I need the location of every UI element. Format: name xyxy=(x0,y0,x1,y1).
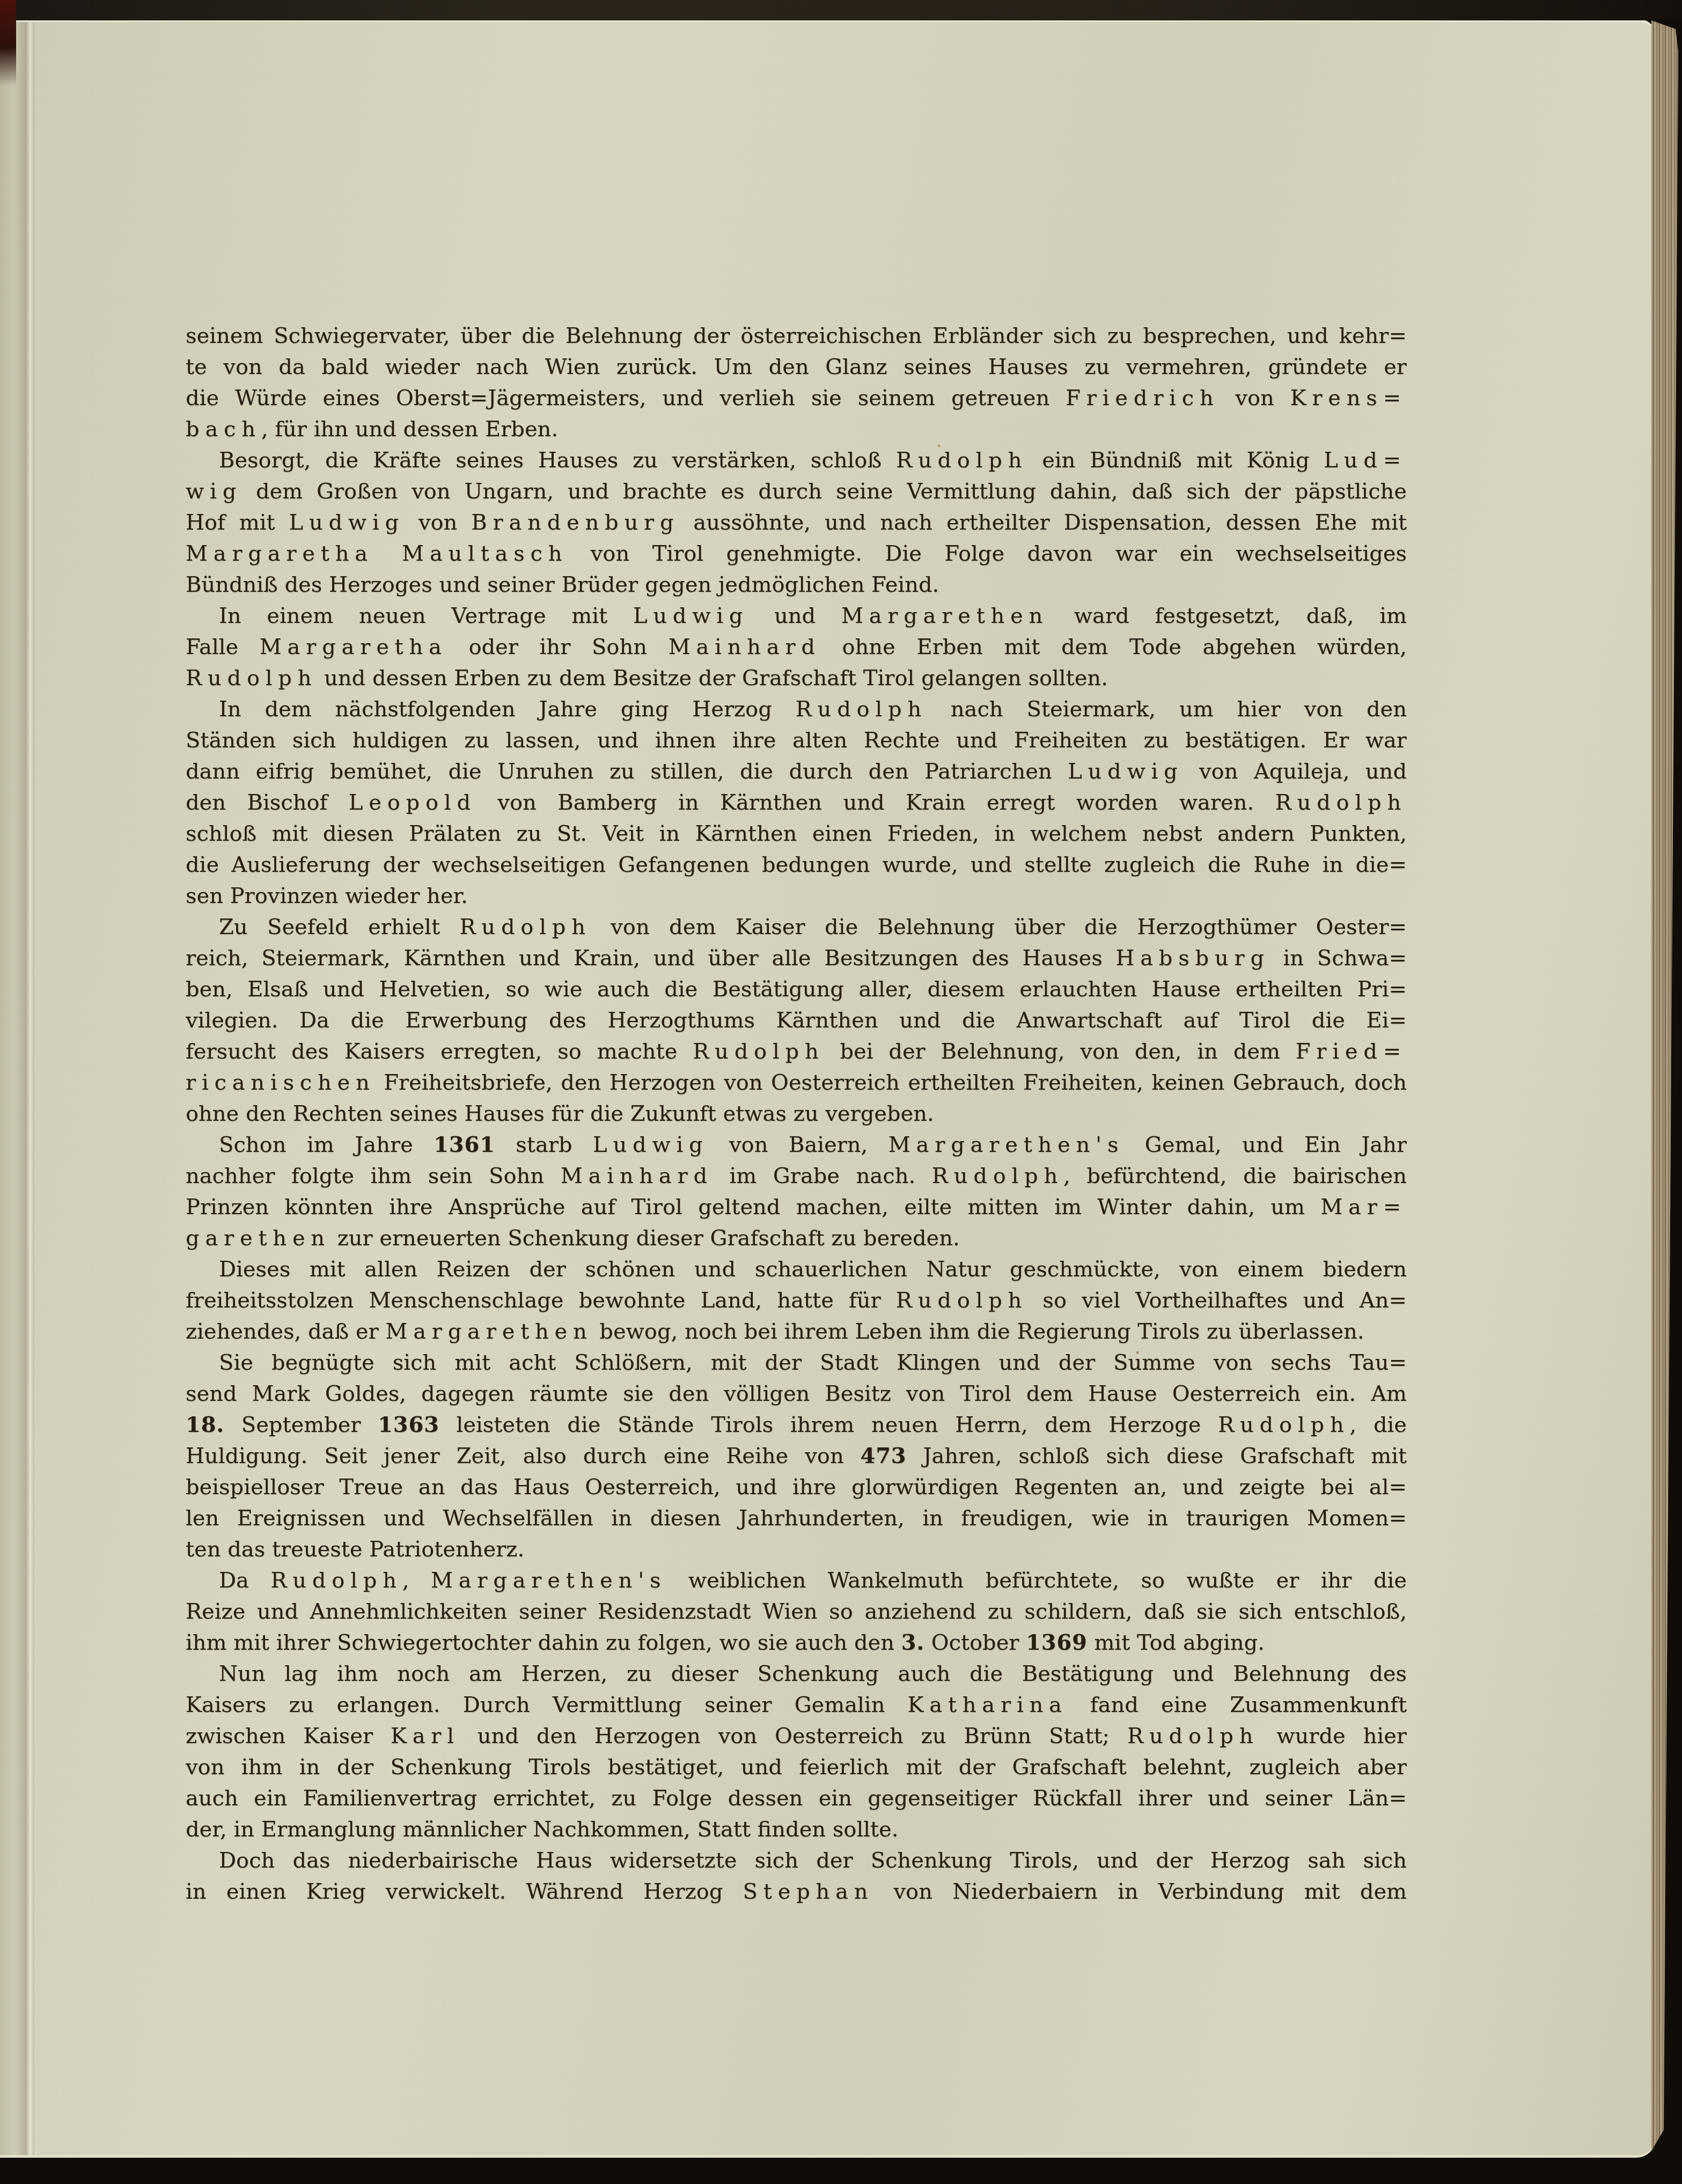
letterspaced-name-text: bach xyxy=(186,417,261,442)
letterspaced-name-text: Rudolph xyxy=(270,1568,402,1593)
text-line: bach, für ihn und dessen Erben. xyxy=(186,414,1407,445)
letterspaced-name-text: Rudolph xyxy=(459,915,591,939)
text-line: den Bischof Leopold von Bamberg in Kärnt… xyxy=(186,787,1407,818)
body-text: von Niederbaiern in Verbindung mit dem xyxy=(873,1879,1407,1904)
body-text: Zu Seefeld erhielt xyxy=(219,915,459,939)
text-line: In dem nächstfolgenden Jahre ging Herzog… xyxy=(186,694,1407,725)
body-text: fand eine Zusammenkunft xyxy=(1068,1693,1407,1717)
letterspaced-name-text: Margaretha xyxy=(260,635,447,659)
letterspaced-name-text: Rudolph xyxy=(1218,1413,1349,1437)
text-line: In einem neuen Vertrage mit Ludwig und M… xyxy=(186,600,1407,631)
paragraph: Besorgt, die Kräfte seines Hauses zu ver… xyxy=(186,445,1407,600)
body-text: Jahren, schloß sich diese Grafschaft mit xyxy=(907,1444,1407,1468)
body-text: von Bamberg in Kärnthen und Krain erregt… xyxy=(476,790,1275,815)
letterspaced-name-text: Ludwig xyxy=(633,604,748,628)
letterspaced-name-text: Brandenburg xyxy=(471,510,679,535)
text-line: Hof mit Ludwig von Brandenburg aussöhnte… xyxy=(186,507,1407,538)
text-line: Ständen sich huldigen zu lassen, und ihn… xyxy=(186,725,1407,756)
text-line: ben, Elsaß und Helvetien, so wie auch di… xyxy=(186,974,1407,1005)
text-line: ziehendes, daß er Margarethen bewog, noc… xyxy=(186,1316,1407,1347)
body-text: ein Bündniß mit König xyxy=(1027,448,1324,473)
body-text: Kaisers zu erlangen. Durch Vermittlung s… xyxy=(186,1693,908,1717)
text-line: der, in Ermanglung männlicher Nachkommen… xyxy=(186,1814,1407,1845)
letterspaced-name-text: Rudolph xyxy=(896,1288,1027,1313)
body-text: von Tirol genehmigte. Die Folge davon wa… xyxy=(568,541,1407,566)
body-text: Reize und Annehmlichkeiten seiner Reside… xyxy=(186,1599,1407,1624)
body-text: vilegien. Da die Erwerbung des Herzogthu… xyxy=(186,1008,1407,1033)
letterspaced-name-text: Mainhard xyxy=(669,635,821,659)
text-line: dann eifrig bemühet, die Unruhen zu stil… xyxy=(186,756,1407,787)
bold-numeral-text: 1363 xyxy=(378,1412,439,1437)
letterspaced-name-text: Rudolph xyxy=(896,448,1027,473)
body-text: Huldigung. Seit jener Zeit, also durch e… xyxy=(186,1444,861,1468)
letterspaced-name-text: Margarethen's xyxy=(888,1133,1124,1157)
body-text: auch ein Familienvertrag errichtet, zu F… xyxy=(186,1786,1407,1811)
scan-dark-edge-top xyxy=(0,0,1682,20)
bold-numeral-text: 3. xyxy=(901,1630,924,1655)
body-text: leisteten die Stände Tirols ihrem neuen … xyxy=(439,1413,1218,1437)
text-line: auch ein Familienvertrag errichtet, zu F… xyxy=(186,1783,1407,1814)
letterspaced-name-text: Ludwig xyxy=(289,510,405,535)
body-text: von xyxy=(405,510,471,535)
body-text: mit Tod abging. xyxy=(1088,1630,1265,1655)
letterspaced-name-text: Ludwig xyxy=(1068,759,1183,784)
text-line: fersucht des Kaisers erregten, so machte… xyxy=(186,1036,1407,1067)
body-text: von ihm in der Schenkung Tirols bestätig… xyxy=(186,1755,1407,1779)
body-text: Prinzen könnten ihre Ansprüche auf Tirol… xyxy=(186,1195,1320,1219)
body-text: , die xyxy=(1349,1413,1407,1437)
text-line: Nun lag ihm noch am Herzen, zu dieser Sc… xyxy=(186,1658,1407,1689)
text-line: garethen zur erneuerten Schenkung dieser… xyxy=(186,1223,1407,1254)
letterspaced-name-text: Habsburg xyxy=(1116,946,1270,970)
letterspaced-name-text: Mar= xyxy=(1320,1195,1407,1219)
body-text: fersucht des Kaisers erregten, so machte xyxy=(186,1039,693,1064)
body-text: dann eifrig bemühet, die Unruhen zu stil… xyxy=(186,759,1068,784)
bold-numeral-text: 1361 xyxy=(434,1132,495,1157)
body-text: der, in Ermanglung männlicher Nachkommen… xyxy=(186,1817,898,1842)
bold-numeral-text: 18. xyxy=(186,1412,224,1437)
body-text: beispielloser Treue an das Haus Oesterre… xyxy=(186,1475,1407,1499)
body-text: Doch das niederbairische Haus widersetzt… xyxy=(219,1848,1407,1873)
text-line: die Würde eines Oberst=Jägermeisters, un… xyxy=(186,383,1407,414)
text-line: te von da bald wieder nach Wien zurück. … xyxy=(186,351,1407,383)
body-text: Ständen sich huldigen zu lassen, und ihn… xyxy=(186,728,1407,753)
body-text: September xyxy=(224,1413,378,1437)
body-text: Besorgt, die Kräfte seines Hauses zu ver… xyxy=(219,448,896,473)
body-text: von Baiern, xyxy=(708,1133,888,1157)
scan-root: { "scan": { "background_color": "#100d08… xyxy=(0,0,1682,2184)
text-line: zwischen Kaiser Karl und den Herzogen vo… xyxy=(186,1720,1407,1752)
body-text: in Schwa= xyxy=(1270,946,1407,970)
body-text: im Grabe nach. xyxy=(713,1164,932,1188)
text-line: 18. September 1363 leisteten die Stände … xyxy=(186,1409,1407,1440)
body-text: den Bischof xyxy=(186,790,349,815)
body-text: oder ihr Sohn xyxy=(447,635,669,659)
letterspaced-name-text: Rudolph xyxy=(796,697,927,722)
body-text: In dem nächstfolgenden Jahre ging Herzog xyxy=(219,697,796,722)
text-line: Besorgt, die Kräfte seines Hauses zu ver… xyxy=(186,445,1407,476)
body-text: zwischen Kaiser xyxy=(186,1724,391,1748)
letterspaced-name-text: ricanischen xyxy=(186,1070,376,1095)
text-line: Schon im Jahre 1361 starb Ludwig von Bai… xyxy=(186,1129,1407,1160)
text-line: send Mark Goldes, dagegen räumte sie den… xyxy=(186,1378,1407,1409)
body-text: so viel Vortheilhaftes und An= xyxy=(1027,1288,1407,1313)
letterspaced-name-text: Krens= xyxy=(1290,386,1407,410)
text-line: sen Provinzen wieder her. xyxy=(186,880,1407,911)
text-line: ihm mit ihrer Schwiegertochter dahin zu … xyxy=(186,1627,1407,1658)
text-line: wig dem Großen von Ungarn, und brachte e… xyxy=(186,476,1407,507)
paragraph: Doch das niederbairische Haus widersetzt… xyxy=(186,1845,1407,1907)
text-line: beispielloser Treue an das Haus Oesterre… xyxy=(186,1472,1407,1503)
text-line: Rudolph und dessen Erben zu dem Besitze … xyxy=(186,663,1407,694)
body-text: ten das treueste Patriotenherz. xyxy=(186,1537,524,1562)
body-text: , für ihn und dessen Erben. xyxy=(261,417,558,442)
text-line: reich, Steiermark, Kärnthen und Krain, u… xyxy=(186,943,1407,974)
bold-numeral-text: 1369 xyxy=(1026,1630,1088,1655)
text-line: nachher folgte ihm sein Sohn Mainhard im… xyxy=(186,1160,1407,1192)
text-line: Sie begnügte sich mit acht Schlößern, mi… xyxy=(186,1347,1407,1378)
letterspaced-name-text: Karl xyxy=(391,1724,460,1748)
body-text: weiblichen Wankelmuth befürchtete, so wu… xyxy=(666,1568,1407,1593)
paragraph: Nun lag ihm noch am Herzen, zu dieser Sc… xyxy=(186,1658,1407,1845)
letterspaced-name-text: Rudolph xyxy=(186,666,317,690)
text-line: Margaretha Maultasch von Tirol genehmigt… xyxy=(186,538,1407,569)
body-text: Nun lag ihm noch am Herzen, zu dieser Sc… xyxy=(219,1661,1407,1686)
body-text: ihm mit ihrer Schwiegertochter dahin zu … xyxy=(186,1630,901,1655)
text-line: vilegien. Da die Erwerbung des Herzogthu… xyxy=(186,1005,1407,1036)
body-text: schloß mit diesen Prälaten zu St. Veit i… xyxy=(186,821,1407,846)
body-text: October xyxy=(924,1630,1026,1655)
letterspaced-name-text: Rudolph xyxy=(693,1039,824,1064)
body-text: freiheitsstolzen Menschenschlage bewohnt… xyxy=(186,1288,896,1313)
body-text: seinem Schwiegervater, über die Belehnun… xyxy=(186,323,1407,348)
body-text: bewog, noch bei ihrem Leben ihm die Regi… xyxy=(593,1319,1364,1344)
body-text: In einem neuen Vertrage mit xyxy=(219,604,633,628)
text-line: Reize und Annehmlichkeiten seiner Reside… xyxy=(186,1596,1407,1627)
text-line: freiheitsstolzen Menschenschlage bewohnt… xyxy=(186,1285,1407,1316)
letterspaced-name-text: Mainhard xyxy=(561,1164,713,1188)
body-text: Da xyxy=(219,1568,270,1593)
body-text: von Aquileja, und xyxy=(1184,759,1407,784)
body-text: nachher folgte ihm sein Sohn xyxy=(186,1164,561,1188)
letterspaced-name-text: garethen xyxy=(186,1226,330,1251)
body-text: Bündniß des Herzoges und seiner Brüder g… xyxy=(186,572,939,597)
paragraph: In dem nächstfolgenden Jahre ging Herzog… xyxy=(186,694,1407,911)
letterspaced-name-text: Rudolph xyxy=(1127,1724,1259,1748)
body-text: die Würde eines Oberst=Jägermeisters, un… xyxy=(186,386,1066,410)
text-line: seinem Schwiegervater, über die Belehnun… xyxy=(186,320,1407,351)
body-text: in einen Krieg verwickelt. Während Herzo… xyxy=(186,1879,743,1904)
body-text: aussöhnte, und nach ertheilter Dispensat… xyxy=(679,510,1407,535)
text-line: Doch das niederbairische Haus widersetzt… xyxy=(186,1845,1407,1876)
letterspaced-name-text: Rudolph xyxy=(1275,790,1407,815)
text-line: Dieses mit allen Reizen der schönen und … xyxy=(186,1254,1407,1285)
body-text: Freiheitsbriefe, den Herzogen von Oester… xyxy=(376,1070,1407,1095)
paragraph: seinem Schwiegervater, über die Belehnun… xyxy=(186,320,1407,445)
body-text: Falle xyxy=(186,635,260,659)
paragraph: Sie begnügte sich mit acht Schlößern, mi… xyxy=(186,1347,1407,1565)
page-text-block: seinem Schwiegervater, über die Belehnun… xyxy=(186,320,1407,1907)
body-text: , xyxy=(402,1568,431,1593)
body-text: und xyxy=(748,604,841,628)
gutter-fold-crease xyxy=(0,22,34,2155)
body-text: Sie begnügte sich mit acht Schlößern, mi… xyxy=(219,1350,1407,1375)
page-edge-stack xyxy=(1651,20,1678,2151)
letterspaced-name-text: wig xyxy=(186,479,242,504)
paragraph: Zu Seefeld erhielt Rudolph von dem Kaise… xyxy=(186,911,1407,1129)
paragraph: Dieses mit allen Reizen der schönen und … xyxy=(186,1254,1407,1347)
body-text: wurde hier xyxy=(1259,1724,1407,1748)
body-text: von dem Kaiser die Belehnung über die He… xyxy=(591,915,1407,939)
body-text: ward festgesetzt, daß, im xyxy=(1048,604,1407,628)
text-line: die Auslieferung der wechselseitigen Gef… xyxy=(186,849,1407,880)
letterspaced-name-text: Ludwig xyxy=(593,1133,708,1157)
letterspaced-name-text: Rudolph xyxy=(932,1164,1063,1188)
text-line: ohne den Rechten seines Hauses für die Z… xyxy=(186,1098,1407,1129)
letterspaced-name-text: Friedrich xyxy=(1066,386,1219,410)
body-text: reich, Steiermark, Kärnthen und Krain, u… xyxy=(186,946,1116,970)
body-text: Gemal, und Ein Jahr xyxy=(1124,1133,1407,1157)
letterspaced-name-text: Margarethen xyxy=(841,604,1048,628)
paragraph: Da Rudolph, Margarethen's weiblichen Wan… xyxy=(186,1565,1407,1658)
text-line: von ihm in der Schenkung Tirols bestätig… xyxy=(186,1752,1407,1783)
body-text: len Ereignissen und Wechselfällen in die… xyxy=(186,1506,1407,1531)
body-text: bei der Belehnung, von den, in dem xyxy=(825,1039,1296,1064)
body-text: te von da bald wieder nach Wien zurück. … xyxy=(186,355,1407,379)
text-line: Bündniß des Herzoges und seiner Brüder g… xyxy=(186,569,1407,600)
text-line: Huldigung. Seit jener Zeit, also durch e… xyxy=(186,1440,1407,1472)
text-line: in einen Krieg verwickelt. Während Herzo… xyxy=(186,1876,1407,1907)
letterspaced-name-text: Margaretha Maultasch xyxy=(186,541,568,566)
body-text: von xyxy=(1219,386,1290,410)
body-text: Dieses mit allen Reizen der schönen und … xyxy=(219,1257,1407,1282)
body-text: zur erneuerten Schenkung dieser Grafscha… xyxy=(330,1226,960,1251)
body-text: ohne den Rechten seines Hauses für die Z… xyxy=(186,1101,934,1126)
body-text: die Auslieferung der wechselseitigen Gef… xyxy=(186,852,1407,877)
body-text: sen Provinzen wieder her. xyxy=(186,884,468,908)
text-line: Kaisers zu erlangen. Durch Vermittlung s… xyxy=(186,1689,1407,1720)
text-line: schloß mit diesen Prälaten zu St. Veit i… xyxy=(186,818,1407,849)
body-text: ziehendes, daß er xyxy=(186,1319,385,1344)
body-text: send Mark Goldes, dagegen räumte sie den… xyxy=(186,1381,1407,1406)
letterspaced-name-text: Katharina xyxy=(908,1693,1068,1717)
letterspaced-name-text: Leopold xyxy=(349,790,476,815)
body-text: und dessen Erben zu dem Besitze der Graf… xyxy=(317,666,1108,690)
body-text: starb xyxy=(495,1133,593,1157)
body-text: ohne Erben mit dem Tode abgehen würden, xyxy=(821,635,1407,659)
letterspaced-name-text: Margarethen's xyxy=(431,1568,666,1593)
body-text: Schon im Jahre xyxy=(219,1133,434,1157)
body-text: , befürchtend, die bairischen xyxy=(1063,1164,1407,1188)
paragraph: Schon im Jahre 1361 starb Ludwig von Bai… xyxy=(186,1129,1407,1254)
text-line: ricanischen Freiheitsbriefe, den Herzoge… xyxy=(186,1067,1407,1098)
letterspaced-name-text: Margarethen xyxy=(385,1319,592,1344)
text-line: Zu Seefeld erhielt Rudolph von dem Kaise… xyxy=(186,911,1407,943)
bold-numeral-text: 473 xyxy=(861,1443,907,1468)
book-page: seinem Schwiegervater, über die Belehnun… xyxy=(0,19,1656,2158)
body-text: ben, Elsaß und Helvetien, so wie auch di… xyxy=(186,977,1407,1002)
body-text: Hof mit xyxy=(186,510,289,535)
letterspaced-name-text: Lud= xyxy=(1324,448,1407,473)
text-line: Falle Margaretha oder ihr Sohn Mainhard … xyxy=(186,631,1407,663)
body-text: dem Großen von Ungarn, und brachte es du… xyxy=(242,479,1407,504)
body-text: und den Herzogen von Oesterreich zu Brün… xyxy=(460,1724,1127,1748)
binding-corner-patch xyxy=(0,0,16,86)
letterspaced-name-text: Stephan xyxy=(743,1879,874,1904)
letterspaced-name-text: Fried= xyxy=(1296,1039,1407,1064)
body-text: nach Steiermark, um hier von den xyxy=(927,697,1407,722)
text-line: Da Rudolph, Margarethen's weiblichen Wan… xyxy=(186,1565,1407,1596)
text-line: len Ereignissen und Wechselfällen in die… xyxy=(186,1503,1407,1534)
text-line: Prinzen könnten ihre Ansprüche auf Tirol… xyxy=(186,1192,1407,1223)
paragraph: In einem neuen Vertrage mit Ludwig und M… xyxy=(186,600,1407,694)
text-line: ten das treueste Patriotenherz. xyxy=(186,1534,1407,1565)
